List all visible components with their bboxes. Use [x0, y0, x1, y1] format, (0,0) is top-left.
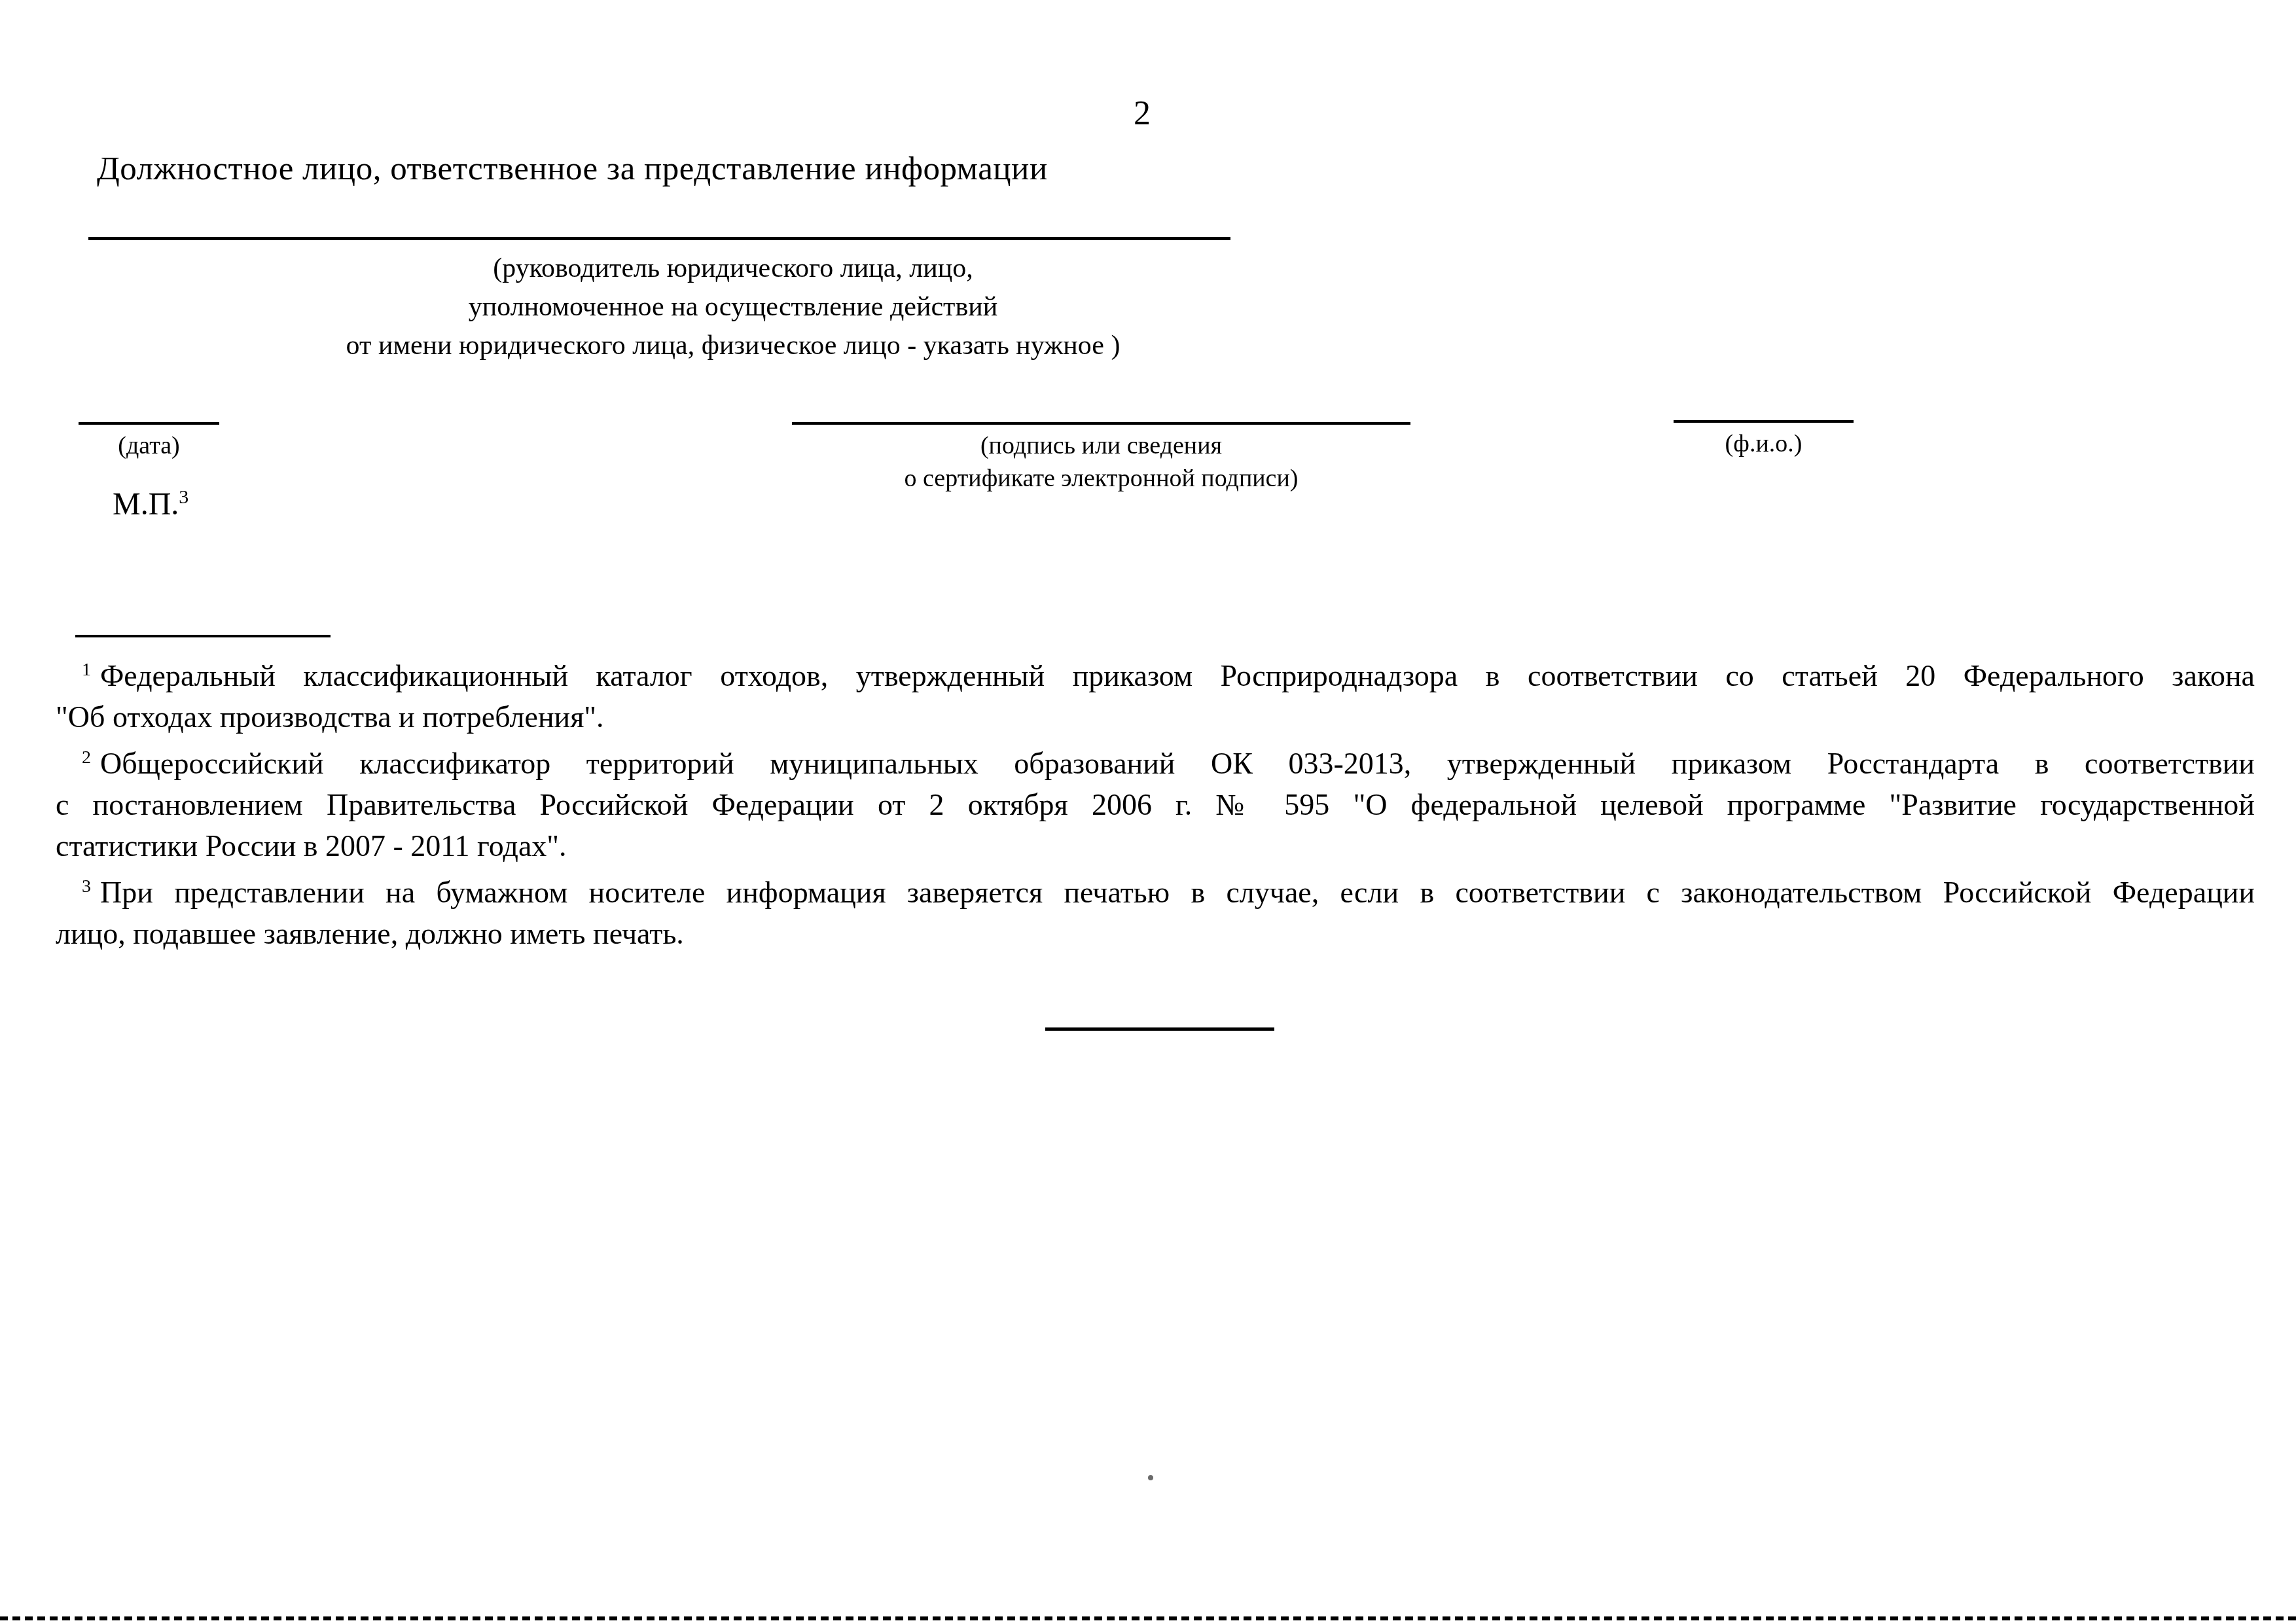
- footnote-marker: 1: [82, 660, 91, 680]
- footnote: 3При представлении на бумажном носителе …: [56, 866, 2255, 954]
- footnote-separator-rule: [75, 635, 331, 637]
- page-number: 2: [1113, 97, 1172, 131]
- footnote-marker: 3: [82, 876, 91, 897]
- signature-fill-in-line: [792, 422, 1410, 425]
- page-edge-scan-artifact: [0, 1616, 2296, 1620]
- stamp-placeholder: М.П.3: [113, 488, 188, 520]
- signature-label-line: о сертификате электронной подписи): [792, 462, 1410, 495]
- footnote-text: Общероссийский классификатор территорий …: [100, 747, 2255, 781]
- date-fill-in-line: [79, 422, 219, 425]
- footnote-line: с постановлением Правительства Российско…: [56, 785, 2255, 826]
- scan-artifact-dot: [1148, 1475, 1153, 1480]
- signatory-role-note: (руководитель юридического лица, лицо, у…: [216, 249, 1250, 365]
- scanned-document-page: { "page": { "number": "2" }, "colors": {…: [0, 0, 2296, 1623]
- footnote-line: 2Общероссийский классификатор территорий…: [56, 738, 2255, 785]
- signature-label-line: (подпись или сведения: [792, 429, 1410, 462]
- bottom-centered-rule: [1045, 1027, 1274, 1031]
- name-label: (ф.и.о.): [1674, 427, 1854, 460]
- stamp-footnote-ref: 3: [179, 486, 188, 508]
- footnote-line: "Об отходах производства и потребления".: [56, 697, 2255, 738]
- document-title: Должностное лицо, ответственное за предс…: [97, 152, 1048, 186]
- footnote-line: 1Федеральный классификационный каталог о…: [56, 650, 2255, 697]
- signatory-role-note-line: (руководитель юридического лица, лицо,: [216, 249, 1250, 288]
- footnote-line: статистики России в 2007 - 2011 годах".: [56, 826, 2255, 867]
- signature-label: (подпись или сведения о сертификате элек…: [792, 429, 1410, 495]
- name-fill-in-line: [1674, 420, 1854, 423]
- footnote-text: При представлении на бумажном носителе и…: [100, 876, 2255, 909]
- footnote: 2Общероссийский классификатор территорий…: [56, 738, 2255, 866]
- footnote-text: Федеральный классификационный каталог от…: [100, 659, 2255, 692]
- signatory-role-note-line: от имени юридического лица, физическое л…: [216, 327, 1250, 365]
- footnote: 1Федеральный классификационный каталог о…: [56, 650, 2255, 738]
- footnotes-section: 1Федеральный классификационный каталог о…: [56, 650, 2255, 954]
- date-label: (дата): [79, 429, 219, 462]
- footnote-line: лицо, подавшее заявление, должно иметь п…: [56, 914, 2255, 955]
- signatory-fill-in-line: [88, 237, 1230, 240]
- footnote-marker: 2: [82, 747, 91, 768]
- footnote-line: 3При представлении на бумажном носителе …: [56, 866, 2255, 914]
- stamp-label: М.П.: [113, 487, 179, 522]
- signatory-role-note-line: уполномоченное на осуществление действий: [216, 288, 1250, 327]
